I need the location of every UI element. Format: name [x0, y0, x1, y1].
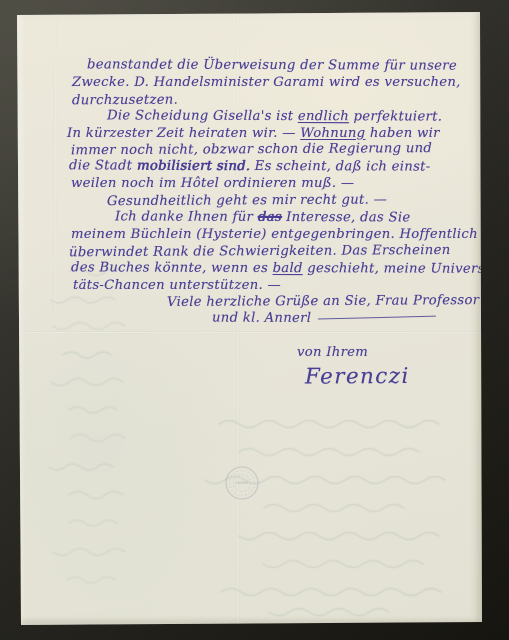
letter-line: In kürzester Zeit heiraten wir. — Wohnun…: [67, 126, 479, 143]
letter-body: beanstandet die Überweisung der Summe fü…: [67, 58, 479, 399]
letter-line: durchzusetzen.: [72, 91, 479, 110]
letter-text-segment: geschieht, meine Universi-: [303, 261, 494, 277]
underlined-word: bald: [273, 261, 303, 276]
letter-text-segment: durchzusetzen.: [72, 92, 178, 108]
letter-line: Zwecke. D. Handelsminister Garami wird e…: [72, 75, 479, 92]
letter-text-segment: haben wir: [365, 126, 439, 141]
letter-text-segment: immer noch nicht, obzwar schon die Regie…: [71, 141, 432, 158]
struck-out-word: das: [258, 210, 282, 225]
letter-text-segment: sind.: [217, 159, 251, 174]
letter-text-segment: von Ihrem: [297, 345, 368, 360]
underlined-word: Wohnung: [300, 126, 365, 141]
letter-text-segment: Es scheint, daß ich einst-: [250, 159, 430, 175]
letter-text-segment: perfektuiert.: [349, 109, 442, 124]
letter-text-segment: Die Scheidung Gisella's ist: [107, 108, 298, 124]
letter-text-segment: Ich danke Ihnen für: [115, 209, 258, 224]
letter-text-segment: meinem Büchlein (Hysterie) entgegenbring…: [71, 227, 478, 242]
letter-line: von Ihrem: [297, 345, 479, 362]
letter-text-segment: In kürzester Zeit heiraten wir. —: [67, 126, 300, 141]
letter-text-segment: die Stadt: [69, 159, 137, 174]
collection-stamp: [220, 461, 264, 505]
letter-text-segment: des Buches könnte, wenn es: [71, 260, 273, 276]
signature: Ferenczi: [305, 369, 479, 400]
letter-line: meinem Büchlein (Hysterie) entgegenbring…: [71, 227, 479, 244]
letter-line: Gesundheitlich geht es mir recht gut. —: [107, 192, 479, 211]
letter-line: täts-Chancen unterstützen. —: [73, 278, 479, 295]
letter-line: Ich danke Ihnen für das Interesse, das S…: [115, 209, 479, 227]
letter-text-segment: täts-Chancen unterstützen. —: [73, 278, 281, 293]
letter-text-segment: Ferenczi: [305, 364, 410, 390]
letter-page: beanstandet die Überweisung der Summe fü…: [17, 12, 482, 625]
letter-line: weilen noch im Hôtel ordinieren muß. —: [71, 176, 479, 193]
letter-text-segment: Interesse, das Sie: [282, 210, 411, 225]
letter-line: überwindet Rank die Schwierigkeiten. Das…: [69, 243, 479, 262]
letter-line: und kl. Annerl: [212, 311, 479, 329]
verso-show-through-bottom: [79, 410, 459, 620]
letter-text-segment: weilen noch im Hôtel ordinieren muß. —: [71, 176, 354, 191]
underlined-word: endlich: [298, 109, 349, 124]
letter-text-segment: überwindet Rank die Schwierigkeiten. Das…: [69, 243, 451, 260]
letter-line: beanstandet die Überweisung der Summe fü…: [87, 57, 479, 75]
letter-text-segment: mobilisiert: [137, 159, 212, 174]
letter-text-segment: Gesundheitlich geht es mir recht gut. —: [107, 193, 387, 210]
scanned-letter-image: beanstandet die Überweisung der Summe fü…: [0, 0, 509, 640]
letter-text-segment: Zwecke. D. Handelsminister Garami wird e…: [72, 75, 461, 90]
letter-line: des Buches könnte, wenn es bald geschieh…: [71, 260, 479, 278]
letter-text-segment: Viele herzliche Grüße an Sie, Frau Profe…: [167, 294, 479, 311]
letter-line: Die Scheidung Gisella's ist endlich perf…: [107, 108, 479, 126]
letter-line: die Stadt mobilisiert sind. Es scheint, …: [69, 159, 479, 177]
letter-text-segment: und kl. Annerl: [212, 311, 311, 326]
letter-text-segment: beanstandet die Überweisung der Summe fü…: [87, 57, 457, 73]
letter-line: Viele herzliche Grüße an Sie, Frau Profe…: [167, 294, 479, 313]
